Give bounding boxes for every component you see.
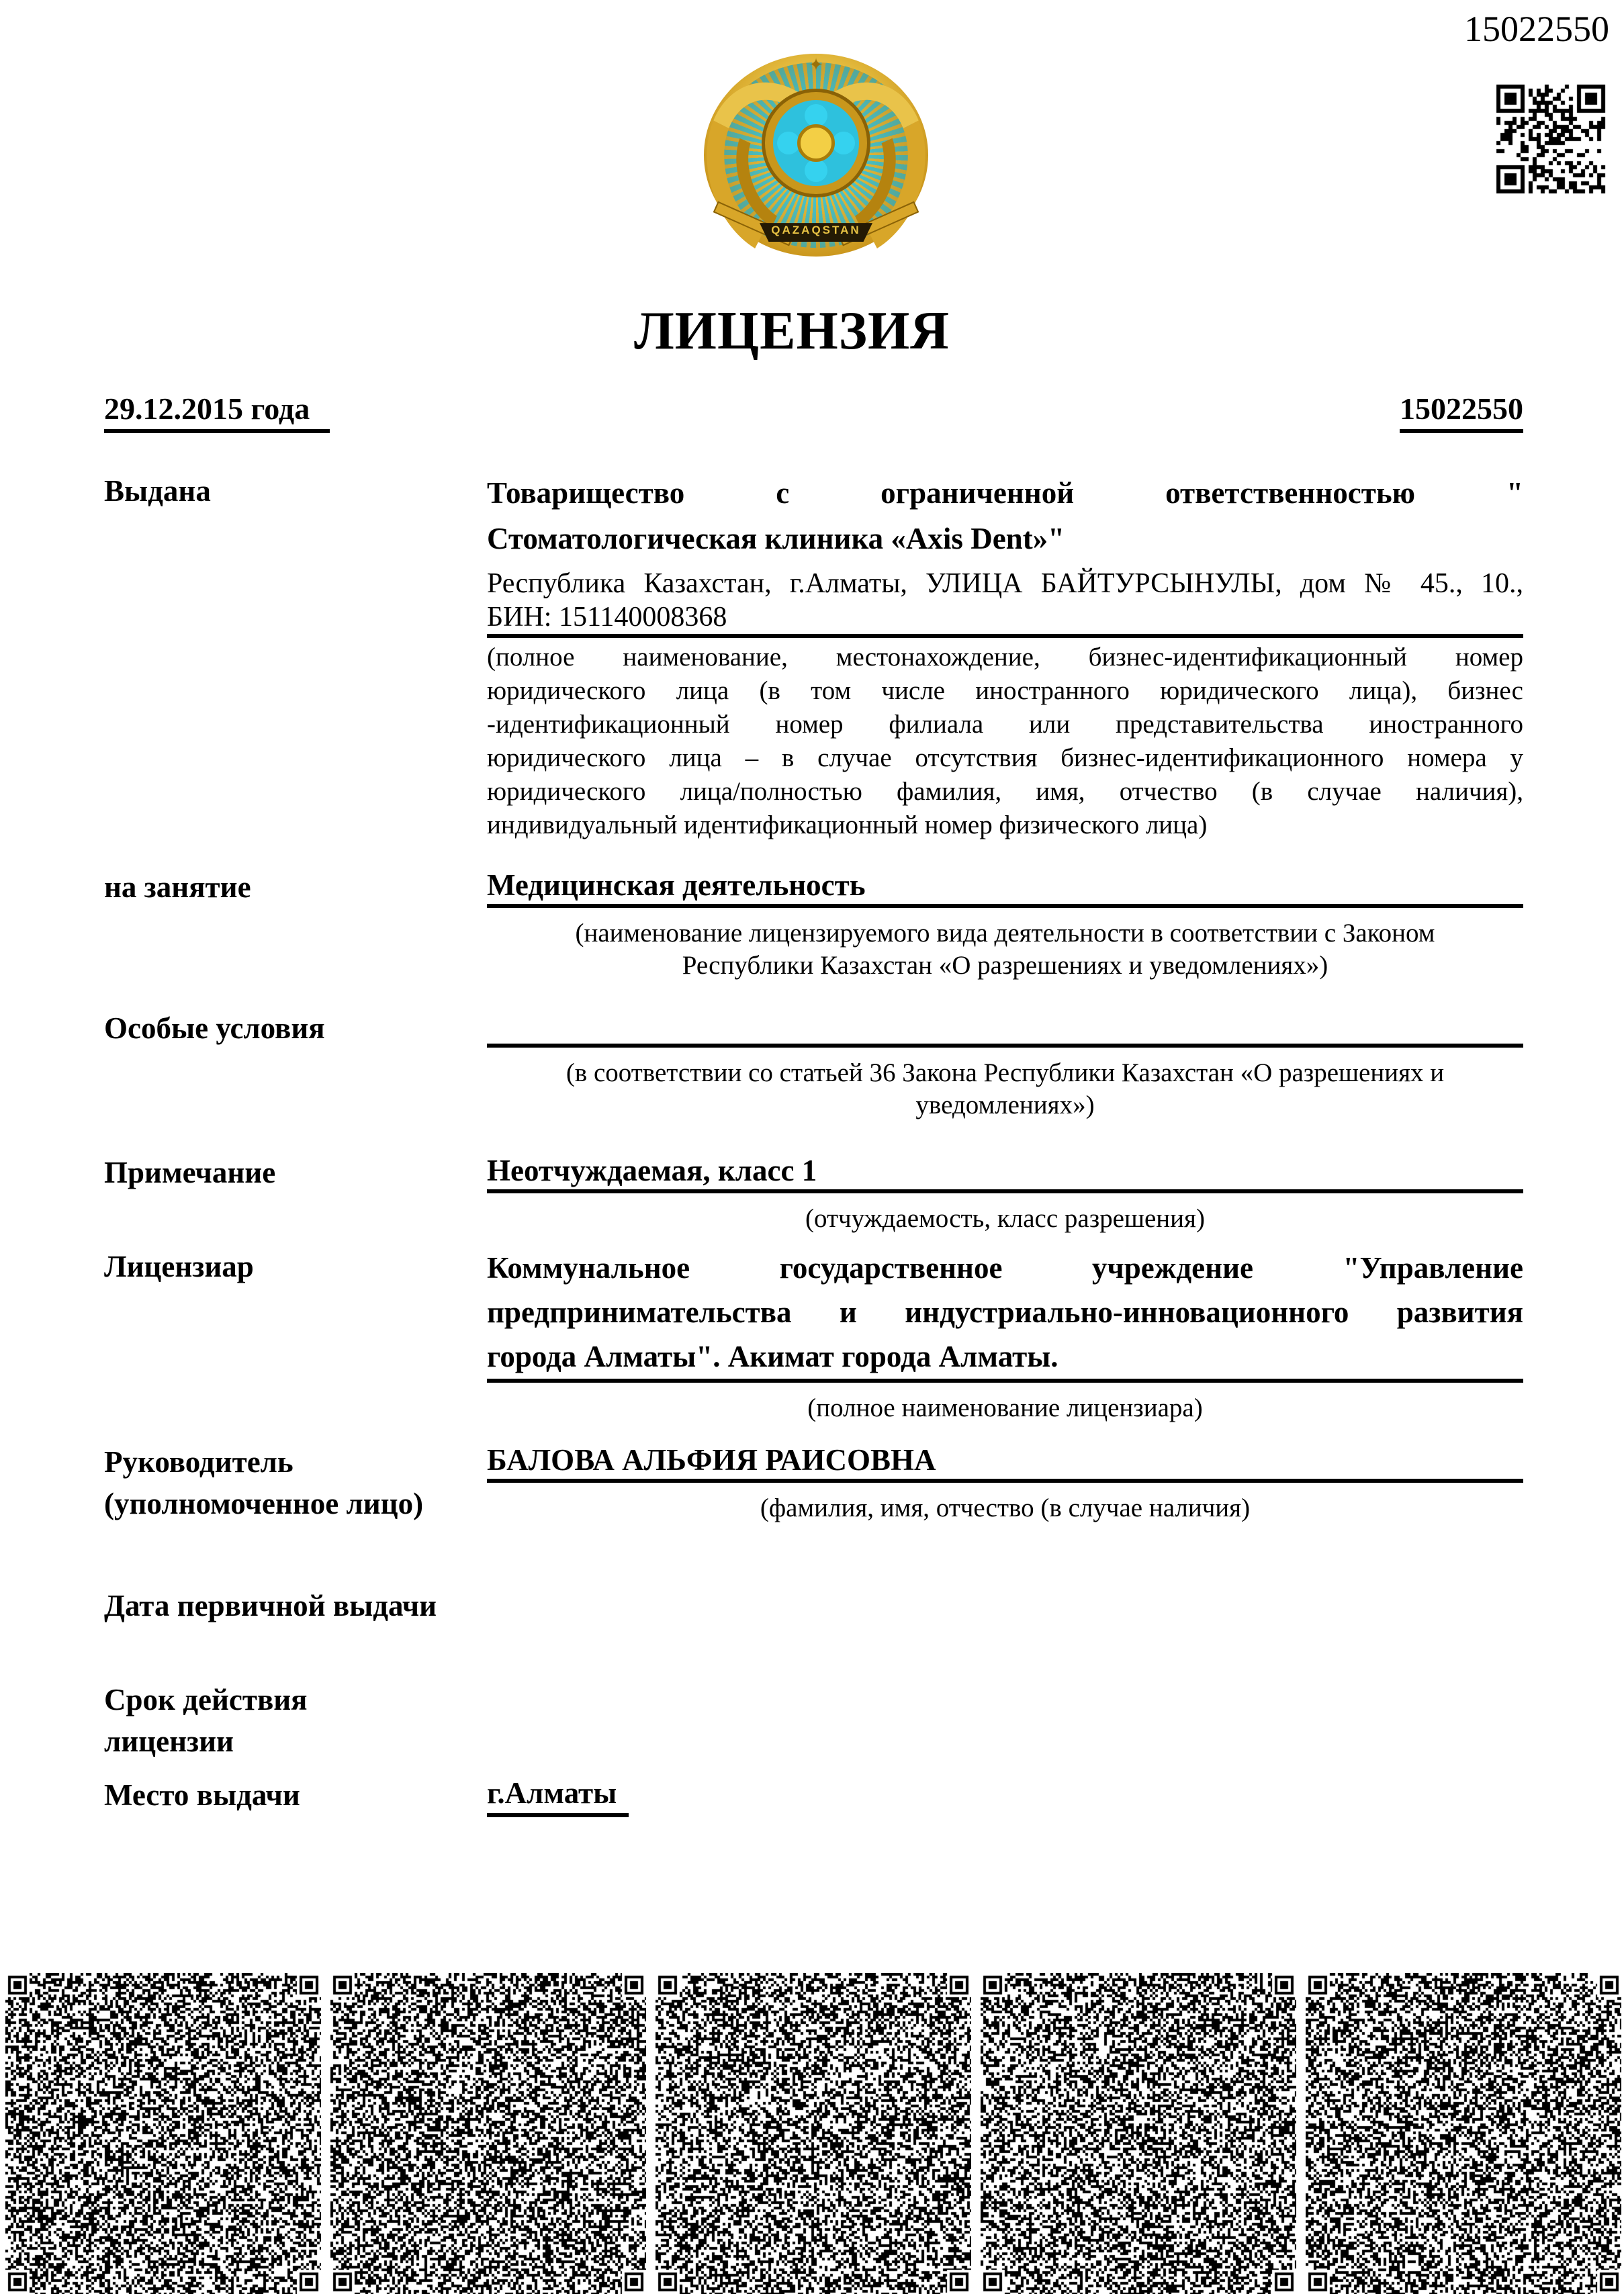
emblem-petal-icon (805, 104, 827, 127)
licensor-name: Коммунальное государственное учреждение … (487, 1246, 1523, 1379)
emblem-sun-icon (797, 124, 835, 162)
emblem-petal-icon (777, 132, 800, 154)
emblem-petal-icon (805, 159, 827, 182)
emblem-banner-text: QAZAQSTAN (771, 224, 860, 237)
barcode-block (656, 1973, 971, 2294)
date-number-row: 29.12.2015 года 15022550 (104, 391, 1523, 433)
barcode-block (981, 1973, 1296, 2294)
emblem-star-icon: ✦ (809, 55, 823, 75)
barcode-block (330, 1973, 646, 2294)
issued-to-fine-print: (полное наименование, местонахождение, б… (487, 641, 1523, 842)
qr-code-canvas (1495, 83, 1607, 195)
note-value: Неотчуждаемая, класс 1 (487, 1152, 1523, 1189)
field-value-special-conditions: (в соответствии со статьей 36 Закона Рес… (487, 1007, 1523, 1121)
field-label-issued-to: Выдана (104, 470, 487, 842)
field-value-issue-place: г.Алматы (487, 1774, 1523, 1817)
field-underline (487, 1379, 1523, 1383)
issued-to-name: Товарищество с ограниченной ответственно… (487, 470, 1523, 561)
issued-to-address: Республика Казахстан, г.Алматы, УЛИЦА БА… (487, 567, 1523, 634)
top-right-license-number: 15022550 (1464, 9, 1609, 49)
field-label-first-issue-date: Дата первичной выдачи (104, 1585, 487, 1626)
special-conditions-caption: (в соответствии со статьей 36 Закона Рес… (487, 1057, 1523, 1121)
field-underline (487, 904, 1523, 908)
field-underline (487, 1189, 1523, 1193)
empty-value-space (487, 1007, 1523, 1044)
field-row-issued-to: Выдана Товарищество с ограниченной ответ… (0, 470, 1624, 842)
field-row-head: Руководитель(уполномоченное лицо) БАЛОВА… (0, 1441, 1624, 1524)
kazakhstan-emblem: ✦ QAZAQSTAN (704, 54, 928, 257)
emblem-shanyrak-icon (765, 92, 867, 194)
field-value-first-issue-date (487, 1585, 1523, 1626)
activity-value: Медицинская деятельность (487, 866, 1523, 904)
field-row-activity: на занятие Медицинская деятельность (наи… (0, 866, 1624, 982)
field-row-licensor: Лицензиар Коммунальное государственное у… (0, 1246, 1624, 1424)
field-value-note: Неотчуждаемая, класс 1 (отчуждаемость, к… (487, 1152, 1523, 1235)
field-label-special-conditions: Особые условия (104, 1007, 487, 1121)
field-label-note: Примечание (104, 1152, 487, 1235)
barcode-block (1306, 1973, 1621, 2294)
security-barcode-strip (5, 1973, 1621, 2294)
note-caption: (отчуждаемость, класс разрешения) (487, 1203, 1523, 1235)
qr-code (1495, 83, 1607, 195)
field-label-issue-place: Место выдачи (104, 1774, 487, 1817)
field-row-special-conditions: Особые условия (в соответствии со статье… (0, 1007, 1624, 1121)
barcode-block (5, 1973, 321, 2294)
issue-place-value: г.Алматы (487, 1774, 629, 1817)
field-value-activity: Медицинская деятельность (наименование л… (487, 866, 1523, 982)
field-label-licensor: Лицензиар (104, 1246, 487, 1424)
field-value-head: БАЛОВА АЛЬФИЯ РАИСОВНА (фамилия, имя, от… (487, 1441, 1523, 1524)
field-label-activity: на занятие (104, 866, 487, 982)
field-row-note: Примечание Неотчуждаемая, класс 1 (отчуж… (0, 1152, 1624, 1235)
field-value-issued-to: Товарищество с ограниченной ответственно… (487, 470, 1523, 842)
license-document: 15022550 ✦ QAZAQSTAN (0, 0, 1624, 2294)
field-row-validity: Срок действиялицензии (0, 1679, 1624, 1762)
issue-date: 29.12.2015 года (104, 391, 330, 433)
head-name: БАЛОВА АЛЬФИЯ РАИСОВНА (487, 1441, 1523, 1479)
field-value-licensor: Коммунальное государственное учреждение … (487, 1246, 1523, 1424)
head-caption: (фамилия, имя, отчество (в случае наличи… (487, 1492, 1523, 1524)
field-row-first-issue-date: Дата первичной выдачи (0, 1585, 1624, 1626)
field-underline (487, 1044, 1523, 1048)
field-underline (487, 634, 1523, 638)
activity-caption: (наименование лицензируемого вида деятел… (487, 917, 1523, 982)
field-label-head: Руководитель(уполномоченное лицо) (104, 1441, 487, 1524)
field-value-validity (487, 1679, 1523, 1762)
license-number: 15022550 (1400, 391, 1523, 433)
document-title: ЛИЦЕНЗИЯ (0, 301, 1584, 362)
document-header: 15022550 ✦ QAZAQSTAN (0, 0, 1624, 440)
field-row-issue-place: Место выдачи г.Алматы (0, 1774, 1624, 1817)
licensor-caption: (полное наименование лицензиара) (487, 1392, 1523, 1424)
emblem-petal-icon (832, 132, 855, 154)
field-label-validity: Срок действиялицензии (104, 1679, 487, 1762)
field-underline (487, 1479, 1523, 1483)
